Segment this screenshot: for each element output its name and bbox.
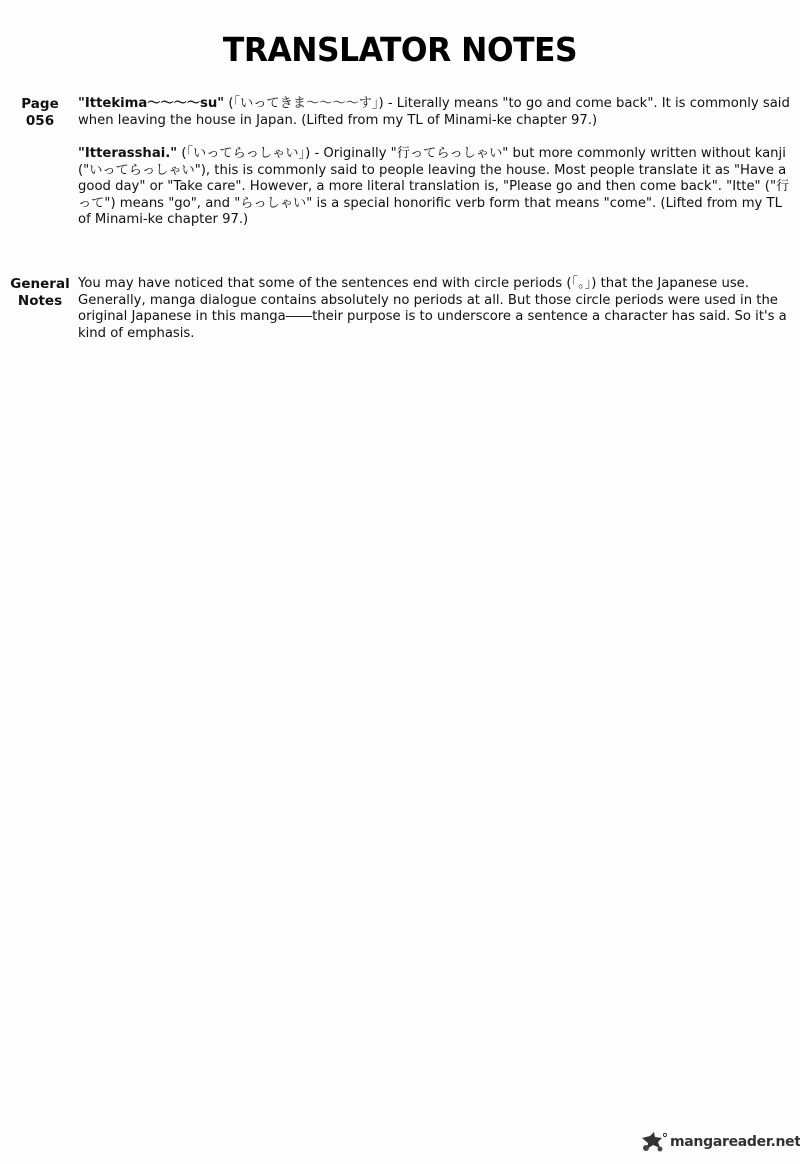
notes-body: You may have noticed that some of the se… [78,276,790,359]
label-line: Page [10,96,70,113]
section-label: General Notes [10,276,70,309]
note-term: "Itterasshai." [78,146,177,161]
note-itterasshai: "Itterasshai." (「いってらっしゃい」) - Originally… [78,146,790,229]
page-title: TRANSLATOR NOTES [20,30,780,69]
label-line: Notes [10,293,70,310]
note-ittekimasu: "Ittekima～～～～su" (「いってきま～～～～す」) - Litera… [78,96,790,129]
section-label: Page 056 [10,96,70,129]
label-line: 056 [10,113,70,130]
watermark: mangareader.net [640,1132,800,1152]
watermark-text: mangareader.net [670,1134,800,1150]
notes-body: "Ittekima～～～～su" (「いってきま～～～～す」) - Litera… [78,96,790,246]
note-term: "Ittekima～～～～su" [78,96,224,111]
note-general: You may have noticed that some of the se… [78,276,790,342]
mangareader-logo-icon [640,1132,668,1152]
label-line: General [10,276,70,293]
note-text: (「いってらっしゃい」) - Originally "行ってらっしゃい" but… [78,146,789,227]
